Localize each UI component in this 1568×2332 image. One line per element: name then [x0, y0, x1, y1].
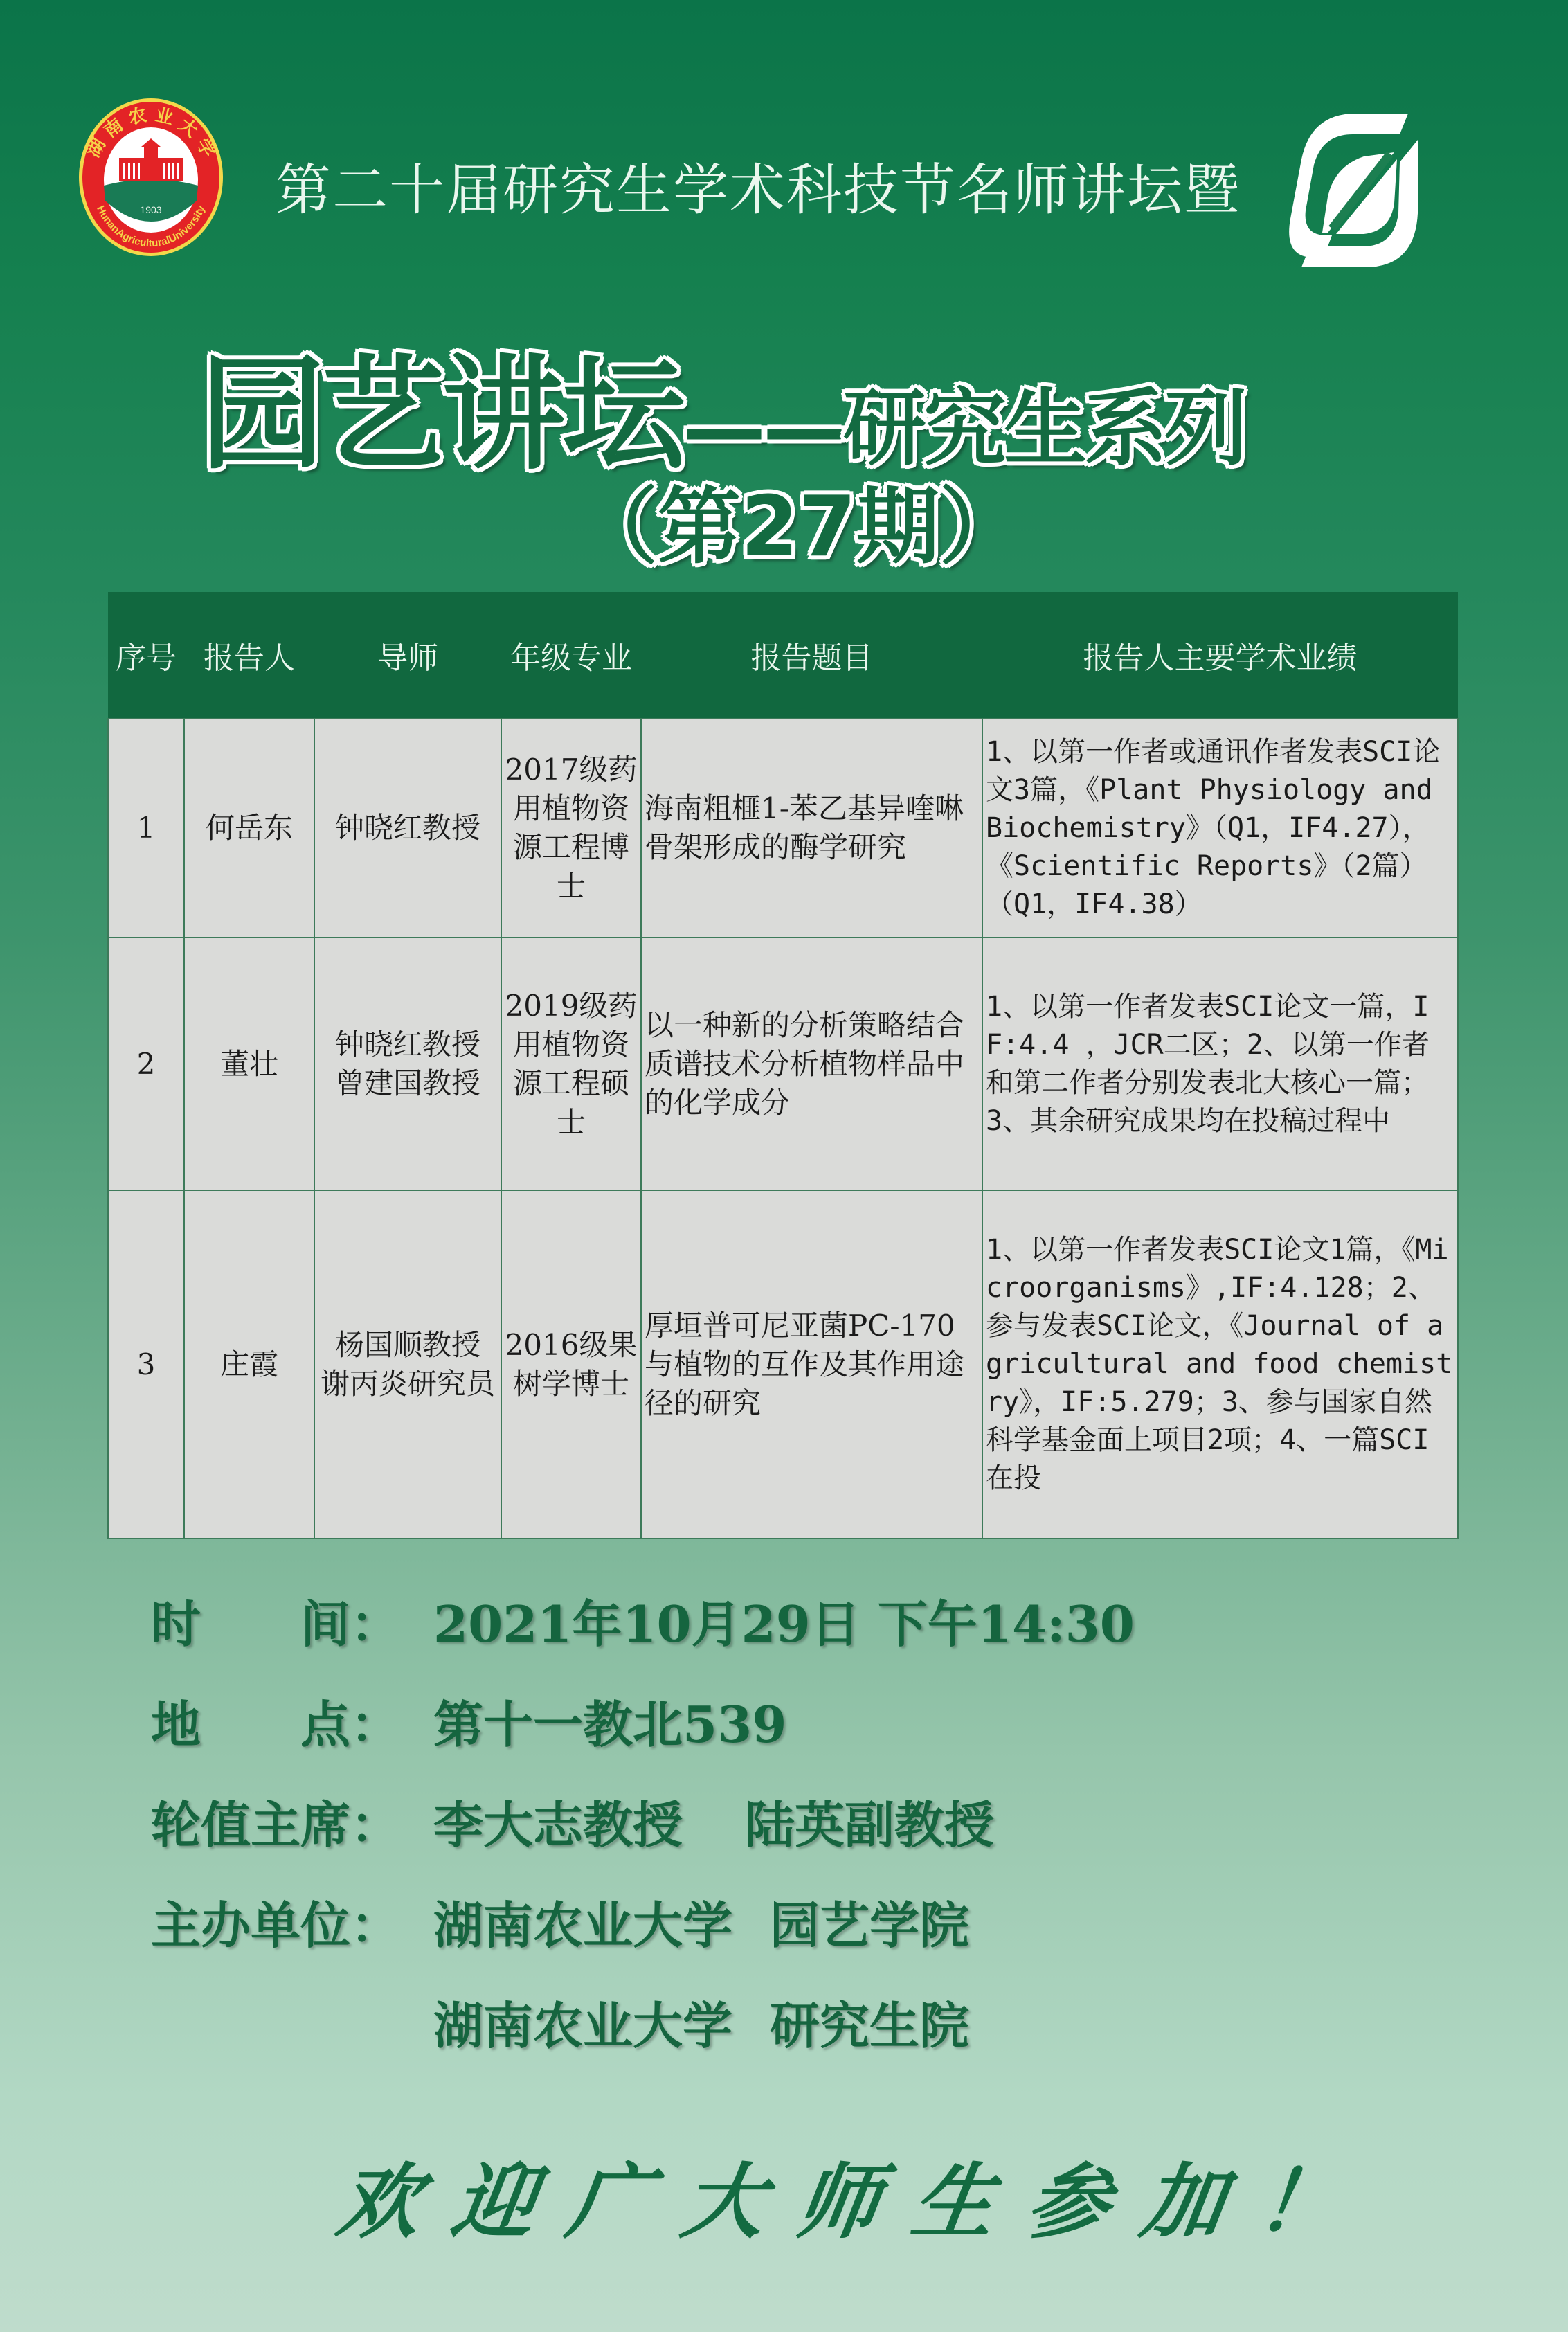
issue-number: （第27期）: [575, 460, 1022, 580]
info-host: 主办单位：湖南农业大学园艺学院: [151, 1885, 969, 1957]
cell-speaker: 庄霞: [184, 1190, 314, 1539]
cell-no: 1: [108, 719, 184, 938]
info-place: 地 点：第十一教北539: [151, 1685, 786, 1757]
place-value: 第十一教北539: [433, 1695, 786, 1754]
time-label: 时 间：: [151, 1584, 433, 1656]
place-label: 地 点：: [151, 1685, 433, 1757]
col-header-achievements: 报告人主要学术业绩: [982, 592, 1458, 719]
table-row: 1 何岳东 钟晓红教授 2017级药用植物资源工程博士 海南粗榧1-苯乙基异喹啉…: [108, 719, 1458, 938]
table-row: 2 董壮 钟晓红教授 曾建国教授 2019级药用植物资源工程硕士 以一种新的分析…: [108, 938, 1458, 1190]
cell-speaker: 董壮: [184, 938, 314, 1190]
cell-topic: 以一种新的分析策略结合质谱技术分析植物样品中的化学成分: [641, 938, 982, 1190]
table-row: 3 庄霞 杨国顺教授 谢丙炎研究员 2016级果树学博士 厚垣普可尼亚菌PC-1…: [108, 1190, 1458, 1539]
leaf-logo-icon: [1286, 111, 1421, 270]
speakers-table: 序号 报告人 导师 年级专业 报告题目 报告人主要学术业绩 1 何岳东 钟晓红教…: [107, 592, 1459, 1539]
cell-topic: 厚垣普可尼亚菌PC-170与植物的互作及其作用途径的研究: [641, 1190, 982, 1539]
info-time: 时 间：2021年10月29日 下午14:30: [151, 1584, 1135, 1656]
chair-2: 陆英副教授: [745, 1785, 994, 1857]
host-1-dept: 园艺学院: [770, 1885, 969, 1957]
welcome-message: 欢迎广大师生参加！: [331, 2136, 1382, 2254]
cell-achievements: 1、以第一作者发表SCI论文1篇，《Microorganisms》,IF:4.1…: [982, 1190, 1458, 1539]
host-2-dept: 研究生院: [770, 1986, 969, 2058]
info-chair: 轮值主席：李大志教授陆英副教授: [151, 1785, 994, 1857]
host-label: 主办单位：: [151, 1885, 433, 1957]
cell-topic: 海南粗榧1-苯乙基异喹啉骨架形成的酶学研究: [641, 719, 982, 938]
forum-subtitle: 第二十届研究生学术科技节名师讲坛暨: [276, 145, 1241, 225]
host-1-org: 湖南农业大学: [433, 1896, 732, 1955]
chair-label: 轮值主席：: [151, 1785, 433, 1857]
cell-advisor: 钟晓红教授 曾建国教授: [314, 938, 501, 1190]
col-header-topic: 报告题目: [641, 592, 982, 719]
table-header-row: 序号 报告人 导师 年级专业 报告题目 报告人主要学术业绩: [108, 592, 1458, 719]
cell-advisor: 钟晓红教授: [314, 719, 501, 938]
cell-grade-major: 2017级药用植物资源工程博士: [501, 719, 641, 938]
cell-speaker: 何岳东: [184, 719, 314, 938]
col-header-no: 序号: [108, 592, 184, 719]
col-header-grade-major: 年级专业: [501, 592, 641, 719]
host-2-org: 湖南农业大学: [433, 1996, 732, 2055]
info-host-2: 湖南农业大学研究生院: [151, 1986, 969, 2058]
cell-grade-major: 2019级药用植物资源工程硕士: [501, 938, 641, 1190]
col-header-advisor: 导师: [314, 592, 501, 719]
university-logo: 1903 HunanAgriculturalUniversity 湖 南 农 业…: [78, 97, 224, 258]
cell-advisor: 杨国顺教授 谢丙炎研究员: [314, 1190, 501, 1539]
time-value: 2021年10月29日 下午14:30: [433, 1595, 1135, 1653]
cell-no: 3: [108, 1190, 184, 1539]
col-header-speaker: 报告人: [184, 592, 314, 719]
svg-text:1903: 1903: [140, 204, 161, 215]
cell-achievements: 1、以第一作者发表SCI论文一篇，IF:4.4 ，JCR二区；2、以第一作者和第…: [982, 938, 1458, 1190]
cell-achievements: 1、以第一作者或通讯作者发表SCI论文3篇，《Plant Physiology …: [982, 719, 1458, 938]
cell-no: 2: [108, 938, 184, 1190]
cell-grade-major: 2016级果树学博士: [501, 1190, 641, 1539]
chair-1: 李大志教授: [433, 1795, 683, 1854]
